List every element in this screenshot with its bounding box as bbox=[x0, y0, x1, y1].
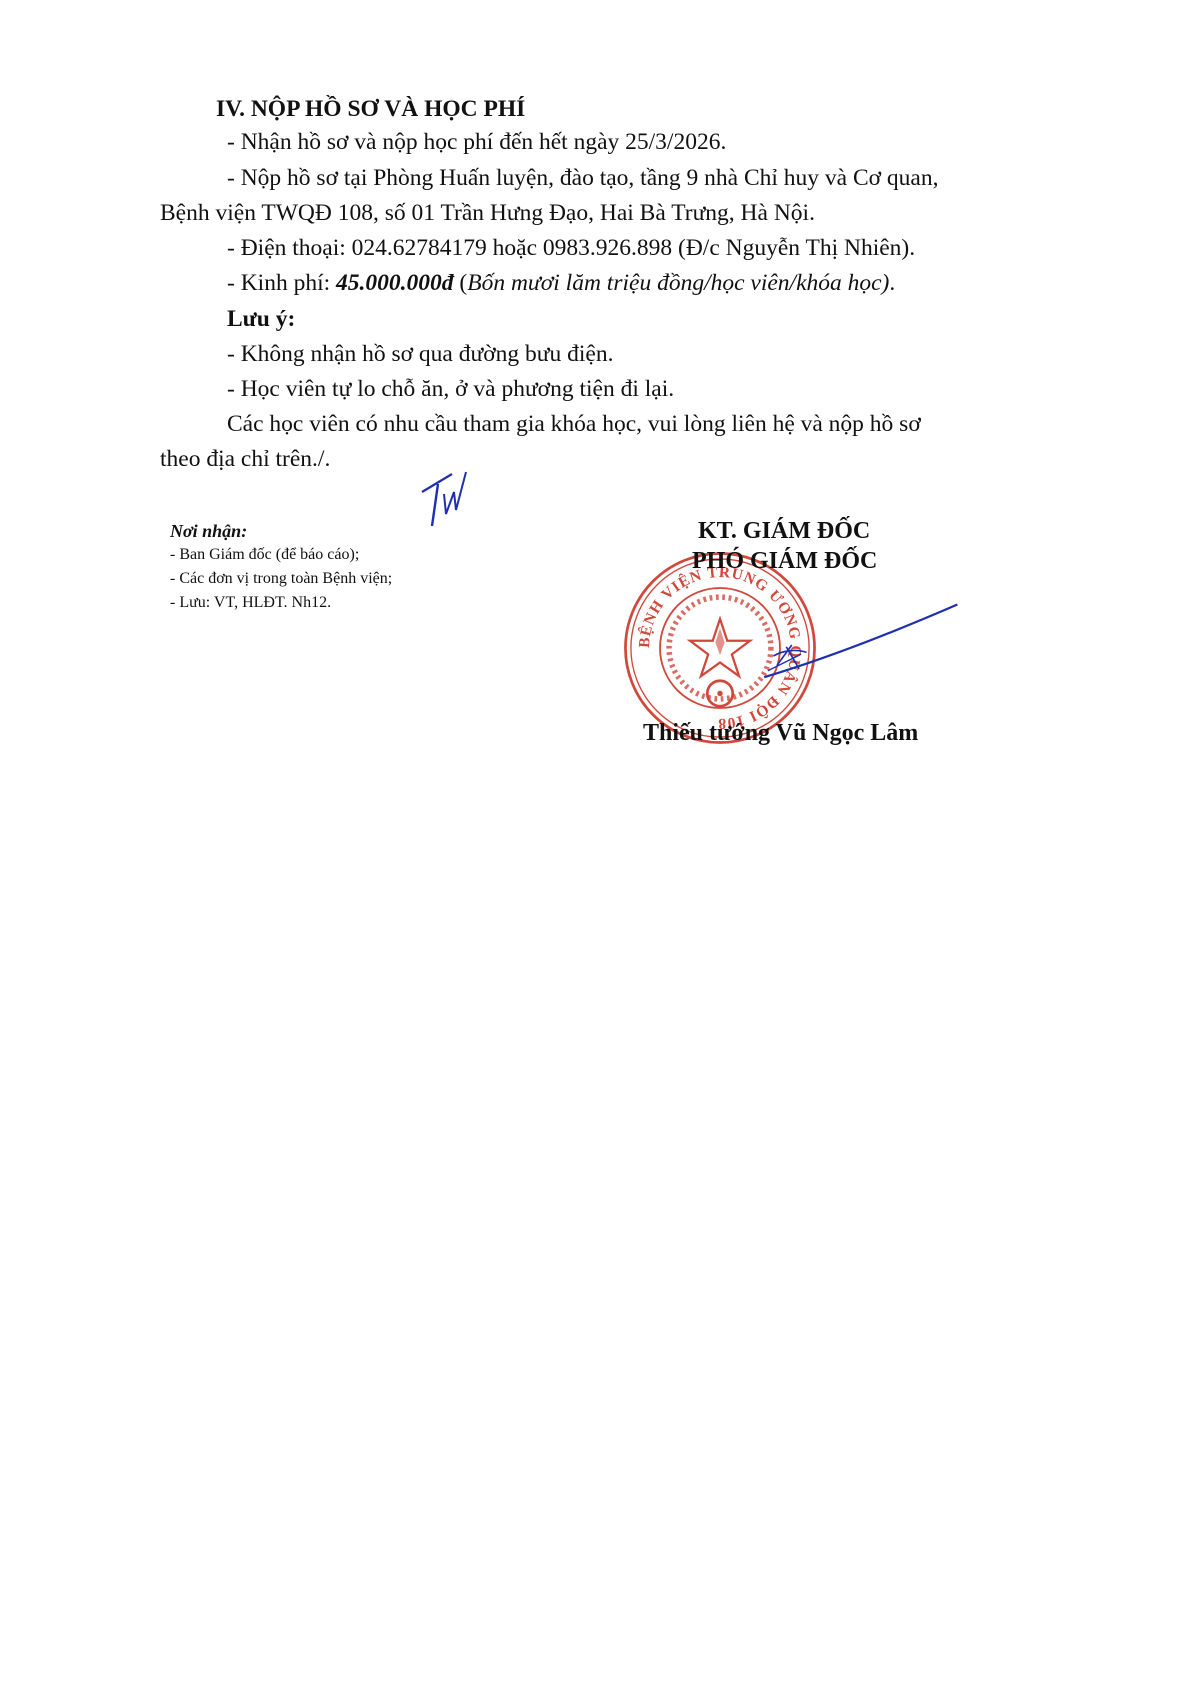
recipient-item: - Các đơn vị trong toàn Bệnh viện; bbox=[170, 568, 392, 590]
fee-item: - Kinh phí: 45.000.000đ (Bốn mươi lăm tr… bbox=[227, 268, 895, 298]
signature-title-line1: KT. GIÁM ĐỐC bbox=[698, 516, 870, 547]
deadline-item: - Nhận hồ sơ và nộp học phí đến hết ngày… bbox=[227, 127, 726, 157]
fee-amount: 45.000.000đ bbox=[336, 270, 454, 296]
closing-line: theo địa chỉ trên./. bbox=[160, 444, 330, 474]
signature-title-line2: PHÓ GIÁM ĐỐC bbox=[692, 546, 877, 577]
recipients-title: Nơi nhận: bbox=[170, 520, 247, 542]
submission-location-item: - Nộp hồ sơ tại Phòng Huấn luyện, đào tạ… bbox=[227, 163, 938, 193]
fee-open-paren: ( bbox=[454, 270, 468, 296]
handwritten-signature-icon bbox=[755, 595, 985, 695]
fee-end: . bbox=[889, 270, 895, 296]
fee-prefix: - Kinh phí: bbox=[227, 270, 336, 296]
section-heading: IV. NỘP HỒ SƠ VÀ HỌC PHÍ bbox=[216, 94, 525, 124]
note-item: - Học viên tự lo chỗ ăn, ở và phương tiệ… bbox=[227, 374, 674, 404]
note-title: Lưu ý: bbox=[227, 304, 295, 334]
phone-item: - Điện thoại: 024.62784179 hoặc 0983.926… bbox=[227, 233, 915, 263]
document-page: IV. NỘP HỒ SƠ VÀ HỌC PHÍ - Nhận hồ sơ và… bbox=[0, 0, 1190, 1684]
recipient-item: - Ban Giám đốc (để báo cáo); bbox=[170, 544, 359, 566]
initials-signature-icon bbox=[420, 470, 470, 530]
recipient-item: - Lưu: VT, HLĐT. Nh12. bbox=[170, 592, 331, 614]
submission-address-item: Bệnh viện TWQĐ 108, số 01 Trần Hưng Đạo,… bbox=[160, 198, 815, 228]
signer-name: Thiếu tướng Vũ Ngọc Lâm bbox=[643, 718, 918, 749]
closing-line: Các học viên có nhu cầu tham gia khóa họ… bbox=[227, 409, 921, 439]
fee-in-words: Bốn mươi lăm triệu đồng/học viên/khóa họ… bbox=[467, 270, 889, 296]
note-item: - Không nhận hồ sơ qua đường bưu điện. bbox=[227, 339, 613, 369]
